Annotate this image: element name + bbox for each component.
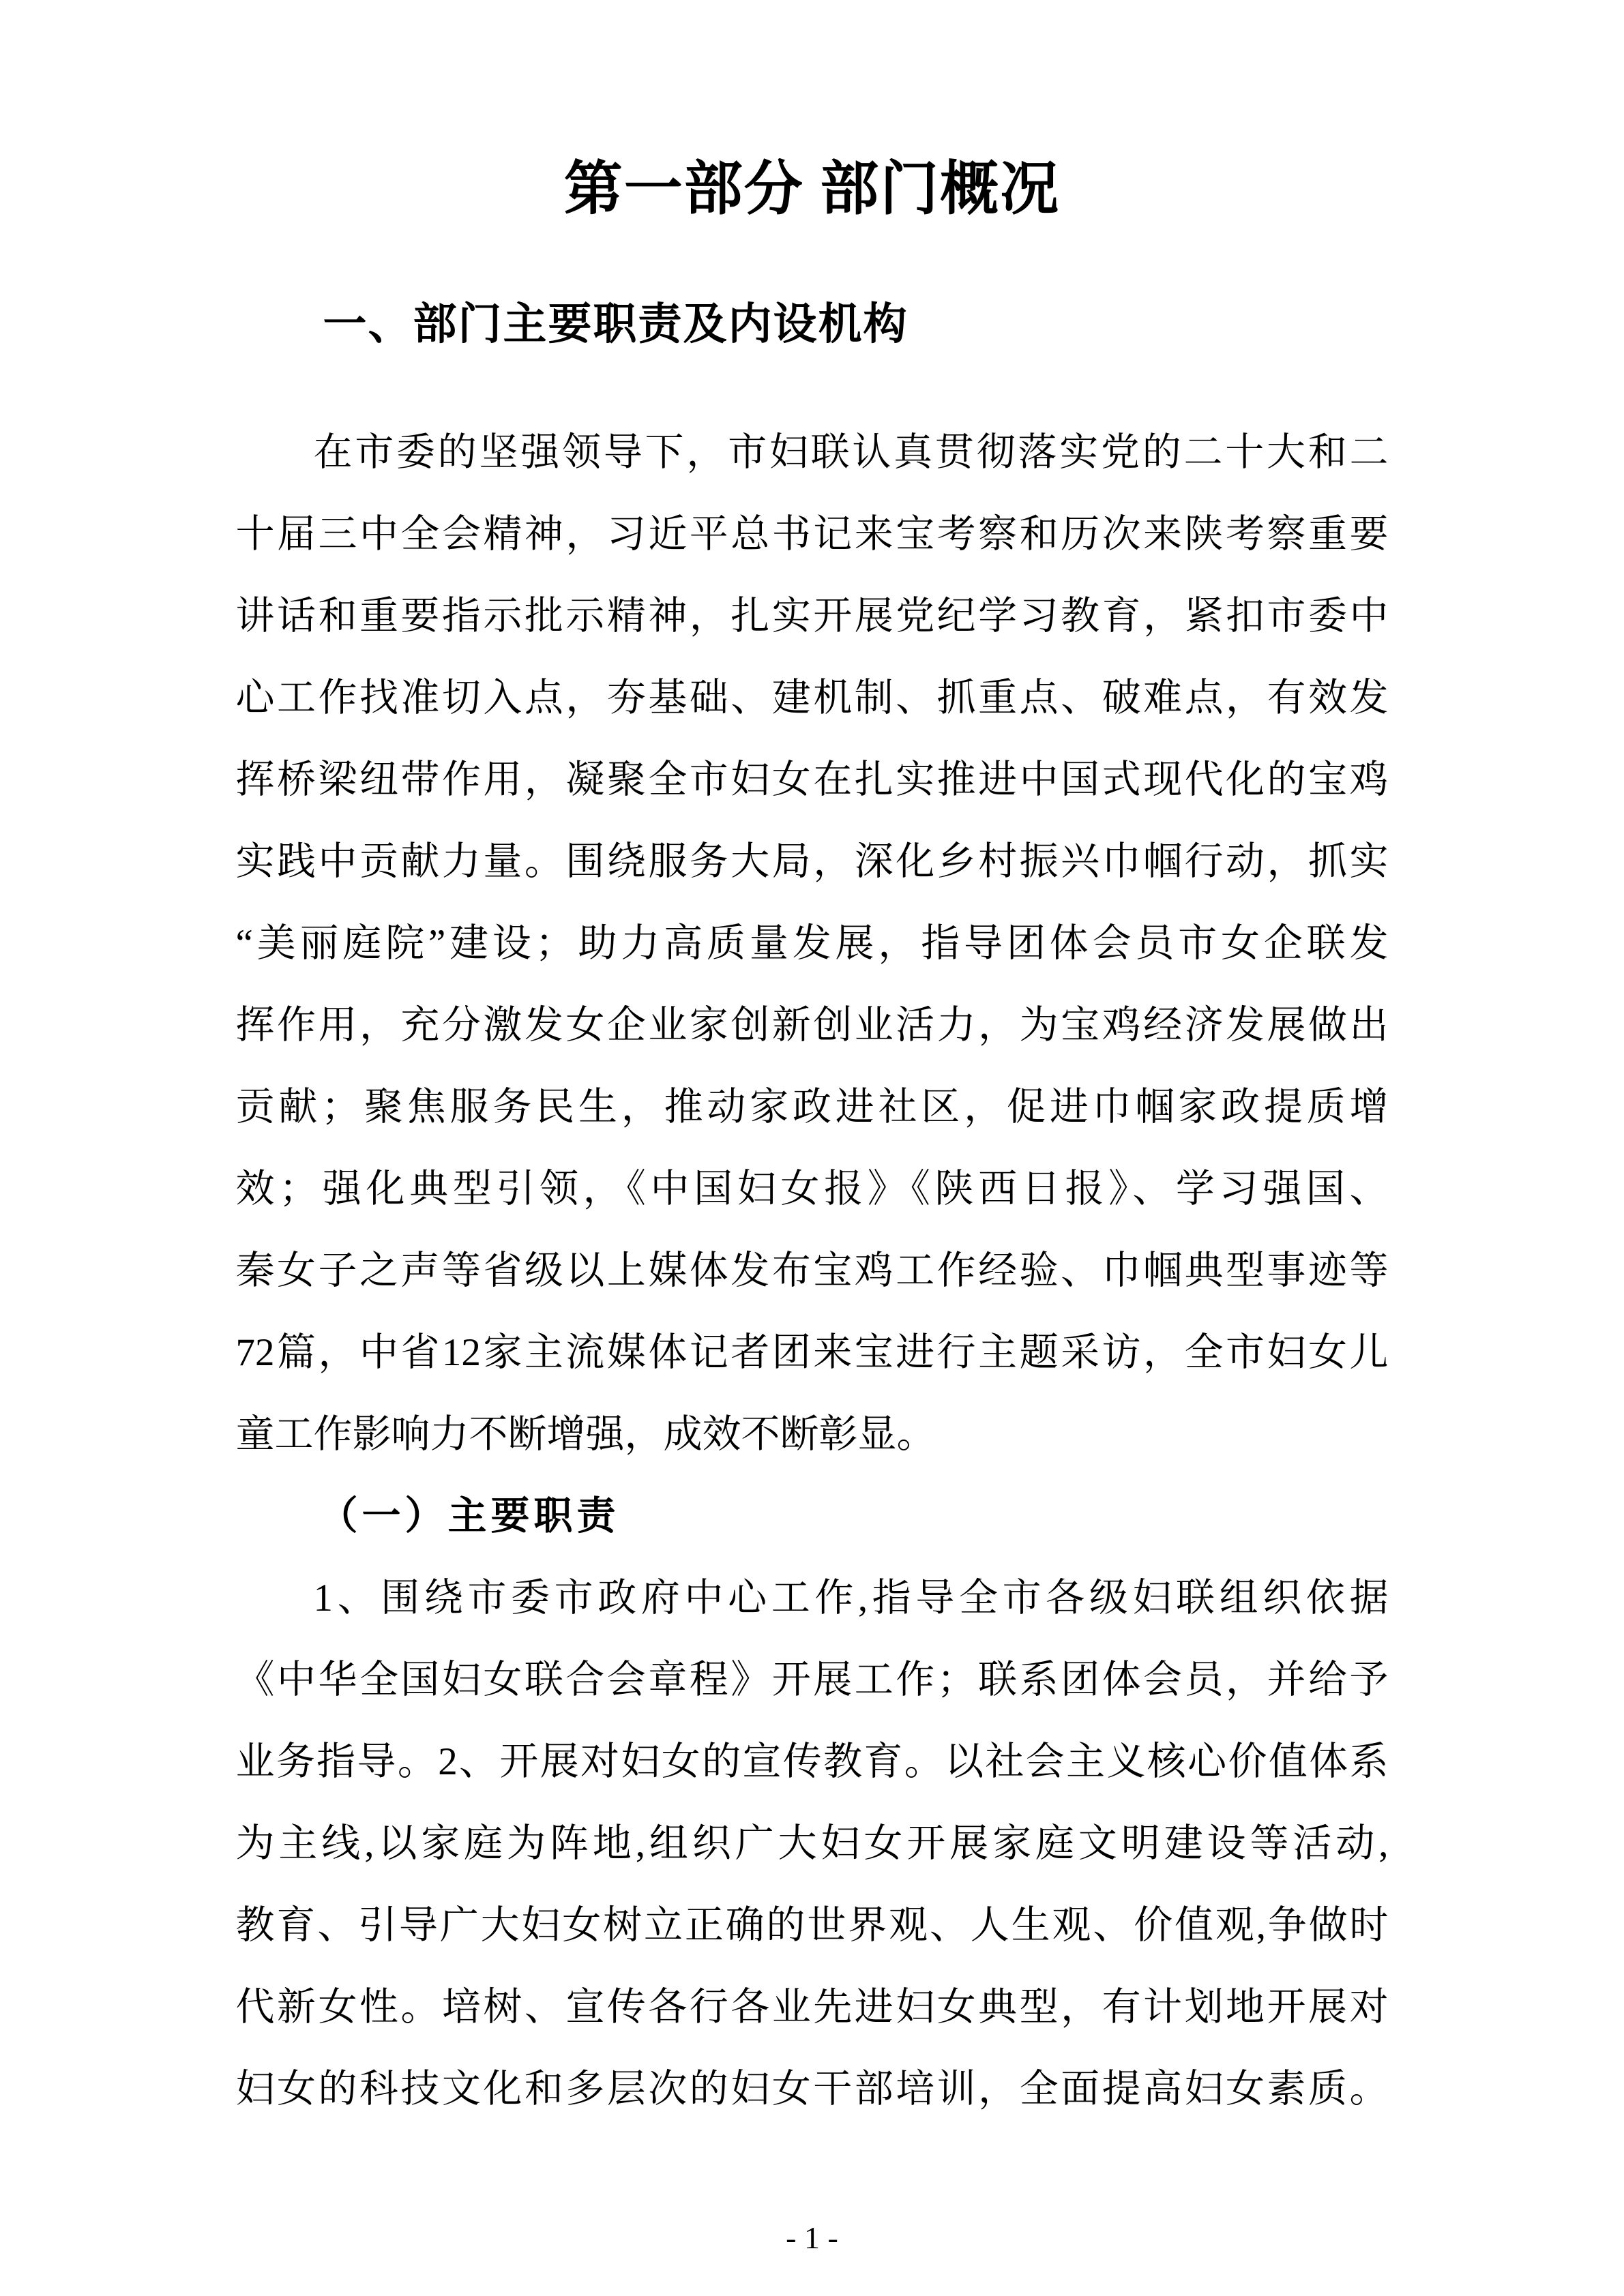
text-line: 1、围绕市委市政府中心工作,指导全市各级妇联组织依据	[236, 1557, 1389, 1639]
section-heading: 一、部门主要职责及内设机构	[236, 301, 1389, 346]
page-title: 第一部分 部门概况	[0, 0, 1624, 225]
text-line: 效；强化典型引领，《中国妇女报》《陕西日报》、学习强国、	[236, 1148, 1389, 1230]
text-line: 贡献；聚焦服务民生，推动家政进社区，促进巾帼家政提质增	[236, 1067, 1389, 1148]
text-line: “美丽庭院”建设；助力高质量发展，指导团体会员市女企联发	[236, 903, 1389, 985]
body-text: 在市委的坚强领导下，市妇联认真贯彻落实党的二十大和二 十届三中全会精神，习近平总…	[236, 412, 1389, 2130]
text-line: 实践中贡献力量。围绕服务大局，深化乡村振兴巾帼行动，抓实	[236, 821, 1389, 903]
text-line: 72篇，中省12家主流媒体记者团来宝进行主题采访，全市妇女儿	[236, 1312, 1389, 1394]
text-line: 教育、引导广大妇女树立正确的世界观、人生观、价值观,争做时	[236, 1885, 1389, 1967]
text-line: 代新女性。培树、宣传各行各业先进妇女典型，有计划地开展对	[236, 1967, 1389, 2048]
text-line: 《中华全国妇女联合会章程》开展工作；联系团体会员，并给予	[236, 1639, 1389, 1721]
paragraph-1: 在市委的坚强领导下，市妇联认真贯彻落实党的二十大和二 十届三中全会精神，习近平总…	[236, 412, 1389, 1476]
text-line: 心工作找准切入点，夯基础、建机制、抓重点、破难点，有效发	[236, 657, 1389, 739]
text-line: 挥桥梁纽带作用，凝聚全市妇女在扎实推进中国式现代化的宝鸡	[236, 739, 1389, 821]
text-line: 业务指导。2、开展对妇女的宣传教育。以社会主义核心价值体系	[236, 1721, 1389, 1803]
text-line: 妇女的科技文化和多层次的妇女干部培训，全面提高妇女素质。	[236, 2048, 1389, 2130]
text-line: 讲话和重要指示批示精神，扎实开展党纪学习教育，紧扣市委中	[236, 576, 1389, 657]
text-line: 为主线,以家庭为阵地,组织广大妇女开展家庭文明建设等活动,	[236, 1803, 1389, 1885]
paragraph-2: 1、围绕市委市政府中心工作,指导全市各级妇联组织依据 《中华全国妇女联合会章程》…	[236, 1557, 1389, 2130]
page-number: - 1 -	[0, 2218, 1624, 2258]
text-line: 挥作用，充分激发女企业家创新创业活力，为宝鸡经济发展做出	[236, 985, 1389, 1067]
text-line: 童工作影响力不断增强，成效不断彰显。	[236, 1394, 1389, 1476]
subsection-heading: （一）主要职责	[236, 1476, 1389, 1557]
text-line: 十届三中全会精神，习近平总书记来宝考察和历次来陕考察重要	[236, 494, 1389, 576]
text-line: 秦女子之声等省级以上媒体发布宝鸡工作经验、巾帼典型事迹等	[236, 1230, 1389, 1312]
page-content: 一、部门主要职责及内设机构 在市委的坚强领导下，市妇联认真贯彻落实党的二十大和二…	[236, 301, 1389, 2130]
text-line: 在市委的坚强领导下，市妇联认真贯彻落实党的二十大和二	[236, 412, 1389, 494]
document-page: 第一部分 部门概况 一、部门主要职责及内设机构 在市委的坚强领导下，市妇联认真贯…	[0, 0, 1624, 2296]
